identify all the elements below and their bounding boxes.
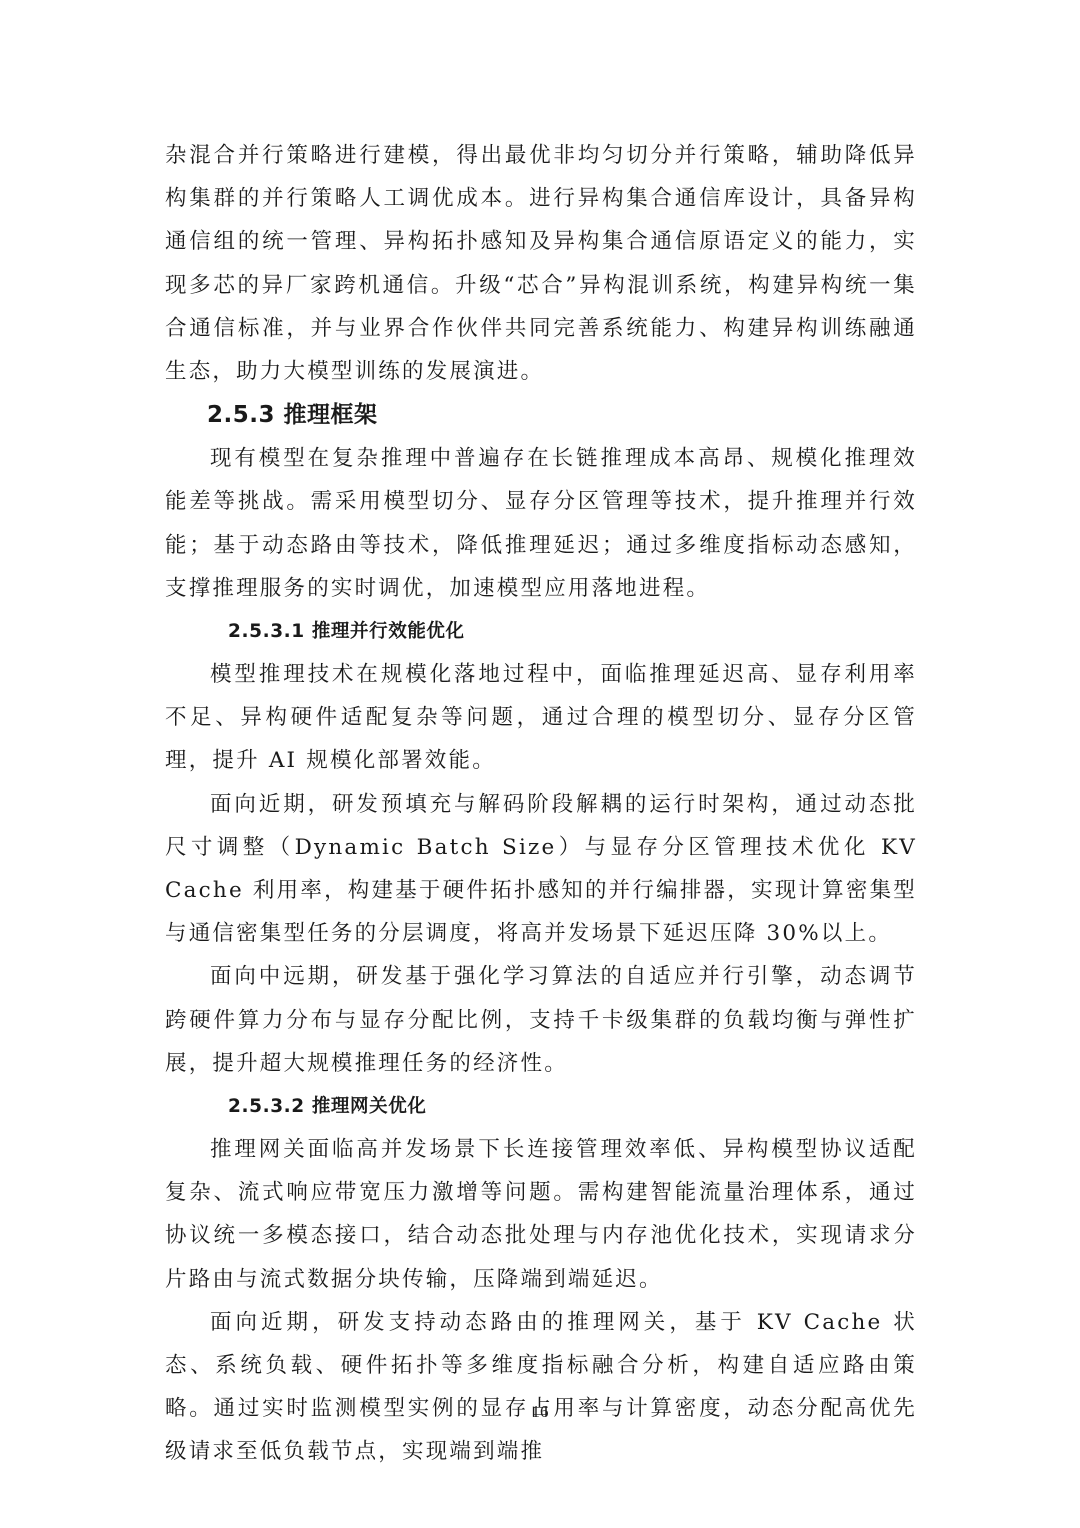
page-number: 16 [0, 1402, 1080, 1422]
subsection-heading-2-5-3-1: 2.5.3.1 推理并行效能优化 [165, 610, 917, 653]
section-heading-2-5-3: 2.5.3 推理框架 [165, 393, 917, 437]
paragraph-continued: 杂混合并行策略进行建模，得出最优非均匀切分并行策略，辅助降低异构集群的并行策略人… [165, 134, 917, 393]
paragraph-gateway-intro: 推理网关面临高并发场景下长连接管理效率低、异构模型协议适配复杂、流式响应带宽压力… [165, 1128, 917, 1301]
paragraph-long-term-parallel: 面向中远期，研发基于强化学习算法的自适应并行引擎，动态调节跨硬件算力分布与显存分… [165, 955, 917, 1085]
paragraph-near-term-parallel: 面向近期，研发预填充与解码阶段解耦的运行时架构，通过动态批尺寸调整（Dynami… [165, 783, 917, 956]
subsection-heading-2-5-3-2: 2.5.3.2 推理网关优化 [165, 1085, 917, 1128]
paragraph-parallel-efficiency-intro: 模型推理技术在规模化落地过程中，面临推理延迟高、显存利用率不足、异构硬件适配复杂… [165, 653, 917, 783]
paragraph-near-term-gateway: 面向近期，研发支持动态路由的推理网关，基于 KV Cache 状态、系统负载、硬… [165, 1301, 917, 1474]
paragraph-inference-framework-intro: 现有模型在复杂推理中普遍存在长链推理成本高昂、规模化推理效能差等挑战。需采用模型… [165, 437, 917, 610]
document-page: 杂混合并行策略进行建模，得出最优非均匀切分并行策略，辅助降低异构集群的并行策略人… [165, 134, 917, 1474]
